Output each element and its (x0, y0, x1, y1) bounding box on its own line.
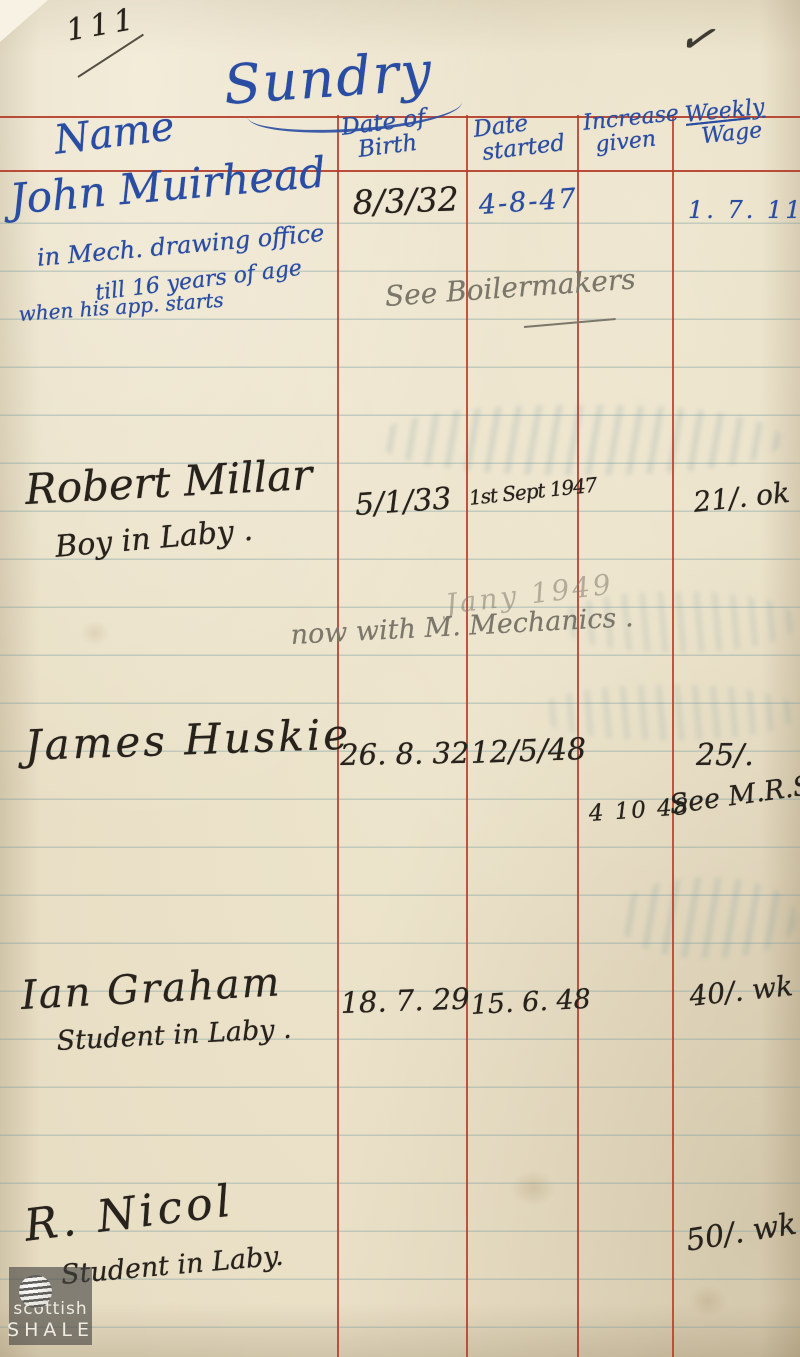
column-header-name: Name (52, 105, 177, 161)
checkmark: ✓ (675, 14, 717, 64)
ledger-page: 111 ✓ Sundry Name Date of Birth Date sta… (0, 0, 800, 1357)
entry-date-started: 12/5/48 (470, 734, 587, 770)
entry-name: James Huskie (24, 713, 352, 768)
column-header-weekly-wage: Weekly Wage (684, 96, 768, 150)
paper-stain (510, 1170, 556, 1206)
entry-weekly-wage: 1. 7. 11 (688, 198, 800, 223)
column-header-increase-given: Increase given (582, 102, 682, 158)
entry-date-of-birth: 26. 8. 32 (340, 738, 470, 771)
watermark-text: SHALE (7, 1319, 94, 1341)
entry-date-started: 4-8-47 (478, 185, 579, 220)
entry-weekly-wage: 25/. (696, 740, 754, 772)
entry-date-of-birth: 8/3/32 (352, 182, 459, 220)
page-corner-crease (0, 0, 48, 42)
column-header-date-started: Date started (472, 107, 567, 166)
scottish-shale-watermark: scottish SHALE (9, 1267, 92, 1345)
paper-stain (80, 620, 110, 646)
page-title: Sundry (222, 43, 435, 114)
entry-date-of-birth: 18. 7. 29 (340, 983, 470, 1018)
entry-date-started: 15. 6. 48 (470, 986, 592, 1021)
column-header-date-of-birth: Date of Birth (340, 106, 430, 164)
folio-number: 111 (64, 3, 141, 47)
column-divider-4 (672, 115, 674, 1357)
ink-bleed-through (620, 878, 795, 958)
paper-stain (688, 1285, 728, 1317)
entry-date-of-birth: 5/1/33 (354, 483, 453, 521)
ink-bleed-through (380, 405, 780, 475)
